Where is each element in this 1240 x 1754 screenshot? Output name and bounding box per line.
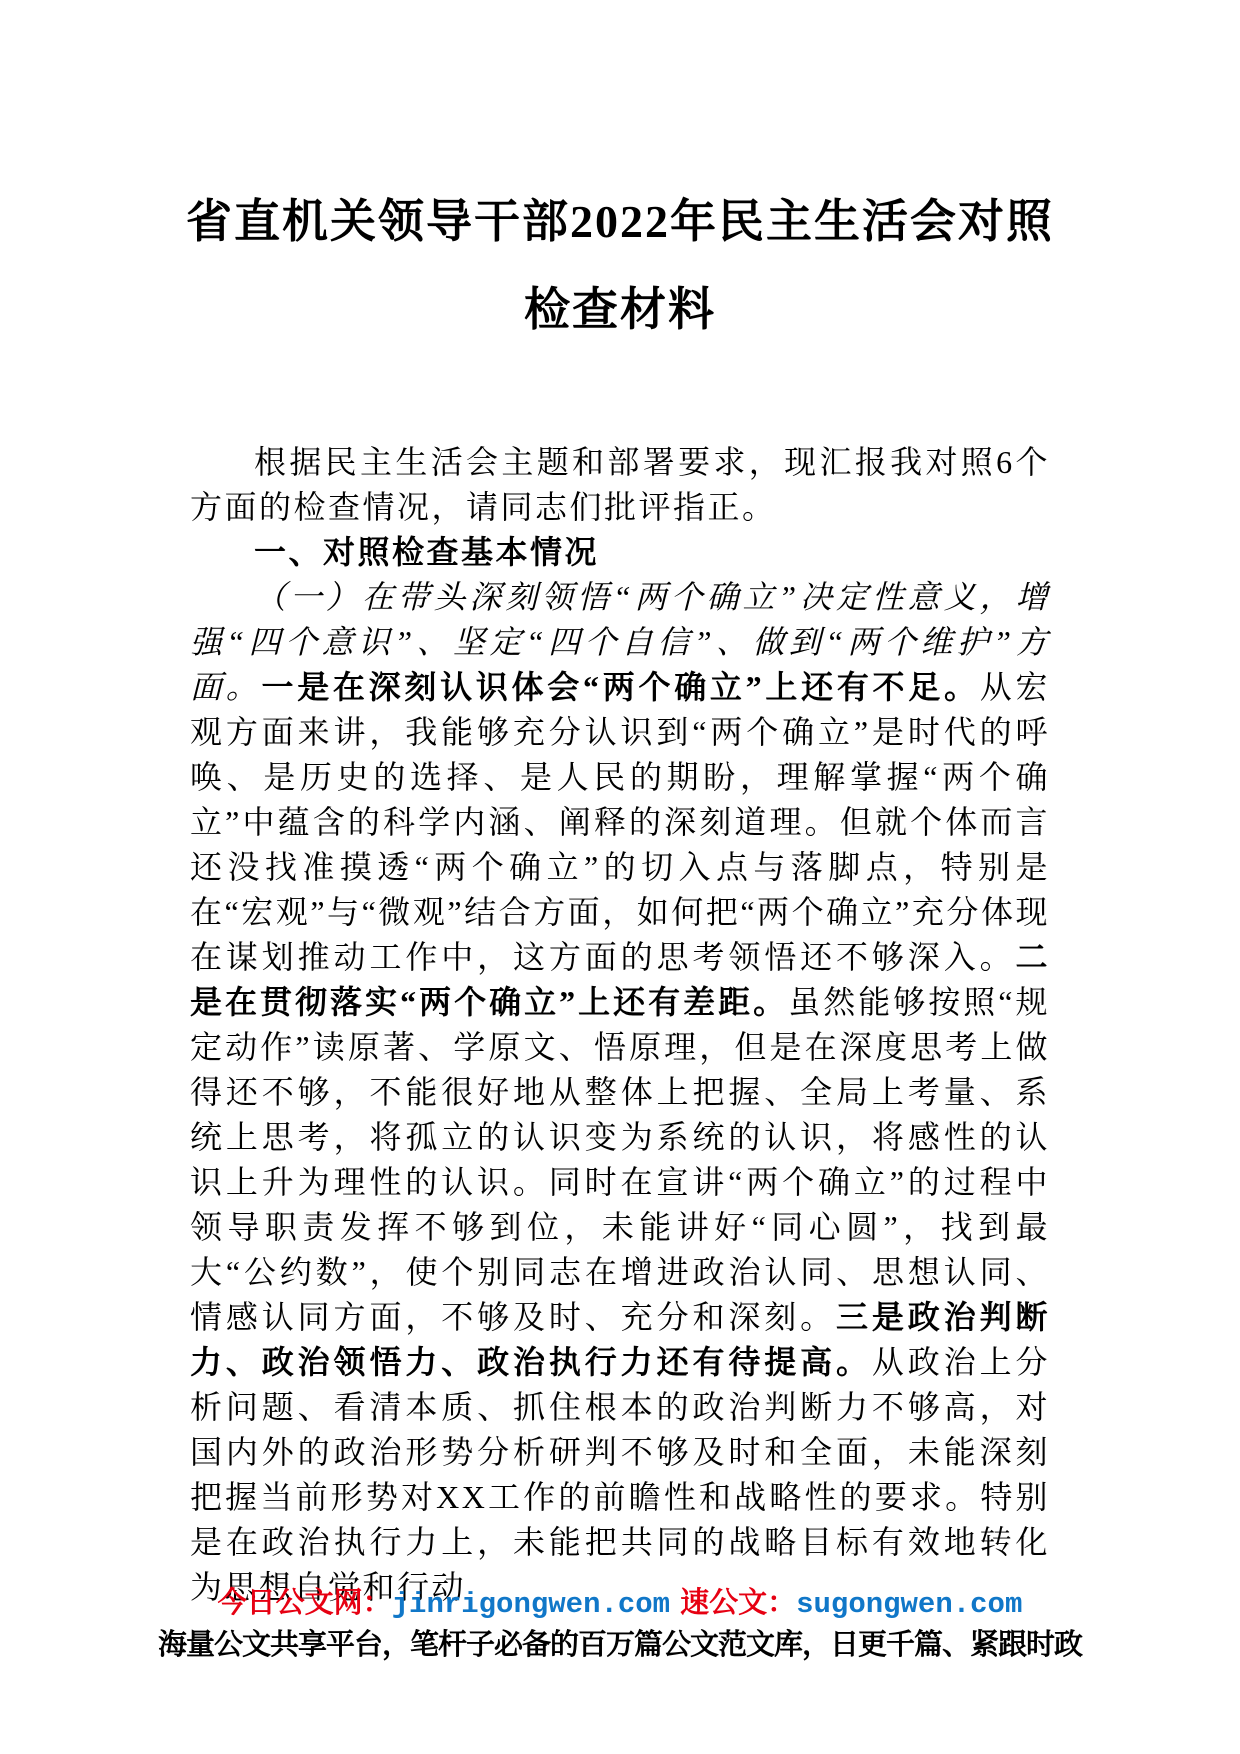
- site1-domain-link[interactable]: jinrigongwen.com: [392, 1588, 670, 1621]
- subsection-1-1-paragraph: （一）在带头深刻领悟“两个确立”决定性意义，增强“四个意识”、坚定“四个自信”、…: [190, 575, 1050, 1610]
- site1-label: 今日公文网：: [218, 1587, 392, 1619]
- document-body: 根据民主生活会主题和部署要求，现汇报我对照6个方面的检查情况，请同志们批评指正。…: [190, 440, 1050, 1610]
- footer-tagline: 海量公文共享平台，笔杆子必备的百万篇公文范文库，日更千篇、紧跟时政: [0, 1625, 1240, 1666]
- point-1-text: 从宏观方面来讲，我能够充分认识到“两个确立”是时代的呼唤、是历史的选择、是人民的…: [190, 669, 1050, 975]
- point-1-emphasis: 一是在深刻认识体会“两个确立”上还有不足。: [261, 669, 979, 705]
- document-page: 省直机关领导干部2022年民主生活会对照检查材料 根据民主生活会主题和部署要求，…: [0, 0, 1240, 1754]
- site2-domain-link[interactable]: sugongwen.com: [796, 1588, 1022, 1621]
- document-title: 省直机关领导干部2022年民主生活会对照检查材料: [0, 0, 1240, 354]
- document-title-line2: 检查材料: [0, 266, 1240, 354]
- site2-label: 速公文：: [680, 1587, 796, 1619]
- footer-links-line: 今日公文网：jinrigongwen.com速公文：sugongwen.com: [0, 1583, 1240, 1625]
- footer: 今日公文网：jinrigongwen.com速公文：sugongwen.com …: [0, 1583, 1240, 1666]
- section-1-heading: 一、对照检查基本情况: [190, 530, 1050, 575]
- point-3-text: 从政治上分析问题、看清本质、抓住根本的政治判断力不够高，对国内外的政治形势分析研…: [190, 1344, 1050, 1605]
- document-title-line1: 省直机关领导干部2022年民主生活会对照: [0, 178, 1240, 266]
- intro-paragraph: 根据民主生活会主题和部署要求，现汇报我对照6个方面的检查情况，请同志们批评指正。: [190, 440, 1050, 530]
- point-2-text: 虽然能够按照“规定动作”读原著、学原文、悟原理，但是在深度思考上做得还不够，不能…: [190, 984, 1050, 1335]
